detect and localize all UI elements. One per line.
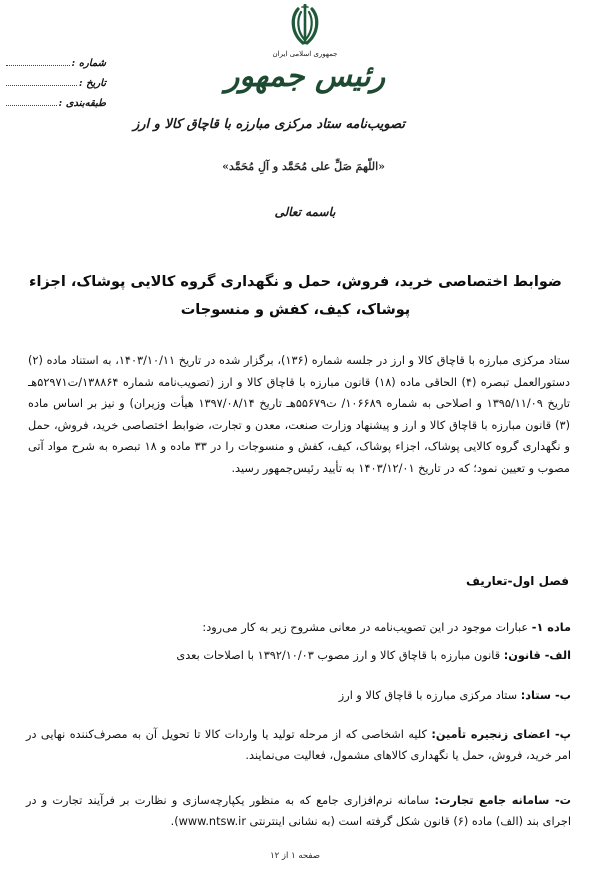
definition-headquarters-term: ب- ستاد:	[521, 689, 571, 702]
president-title: رئیس جمهور	[200, 60, 410, 93]
definition-supply-chain-term: پ- اعضای زنجیره تأمین:	[431, 728, 571, 741]
definition-law-term: الف- قانون:	[504, 649, 571, 662]
definition-headquarters: ب- ستاد: ستاد مرکزی مبارزه با قاچاق کالا…	[26, 685, 571, 706]
classification-field	[6, 95, 57, 106]
definition-law: الف- قانون: قانون مبارزه با قاچاق کالا و…	[26, 645, 571, 666]
number-field	[6, 55, 70, 66]
number-label: شماره :	[72, 58, 106, 69]
date-label: تاریخ :	[79, 78, 106, 89]
article-1: ماده ۱- عبارات موجود در این تصویب‌نامه د…	[26, 617, 571, 638]
meta-row-classification: طبقه‌بندی :	[6, 95, 106, 115]
approval-source: تصویب‌نامه ستاد مرکزی مبارزه با قاچاق کا…	[205, 117, 405, 132]
bismillah-line: باسمه تعالی	[255, 205, 355, 219]
meta-row-date: تاریخ :	[6, 75, 106, 95]
salawat-line: «اللّهمَ صَلِّ علی مُحَمَّد و آلِ مُحَمَ…	[225, 160, 385, 173]
article-1-term: ماده ۱-	[532, 621, 571, 634]
classification-label: طبقه‌بندی :	[59, 98, 106, 109]
page-number: صفحه ۱ از ۱۲	[245, 851, 345, 861]
iran-emblem-icon	[289, 3, 321, 48]
meta-fields: شماره : تاریخ : طبقه‌بندی :	[6, 55, 106, 115]
definition-trade-system-term: ت- سامانه جامع تجارت:	[434, 794, 571, 807]
article-1-text: عبارات موجود در این تصویب‌نامه در معانی …	[202, 621, 531, 634]
date-field	[6, 75, 77, 86]
definition-law-text: قانون مبارزه با قاچاق کالا و ارز مصوب ۱۳…	[176, 649, 503, 662]
definition-supply-chain: پ- اعضای زنجیره تأمین: کلیه اشخاصی که از…	[26, 724, 571, 766]
chapter-heading: فصل اول-تعاریف	[466, 574, 569, 588]
definition-headquarters-text: ستاد مرکزی مبارزه با قاچاق کالا و ارز	[339, 689, 521, 702]
intro-paragraph: ستاد مرکزی مبارزه با قاچاق کالا و ارز در…	[28, 350, 570, 480]
meta-row-number: شماره :	[6, 55, 106, 75]
document-page: جمهوری اسلامی ایران رئیس جمهور تصویب‌نام…	[0, 0, 591, 884]
republic-label: جمهوری اسلامی ایران	[255, 50, 355, 58]
document-title: ضوابط اختصاصی خرید، فروش، حمل و نگهداری …	[20, 268, 571, 324]
definition-trade-system: ت- سامانه جامع تجارت: سامانه نرم‌افزاری …	[26, 790, 571, 832]
